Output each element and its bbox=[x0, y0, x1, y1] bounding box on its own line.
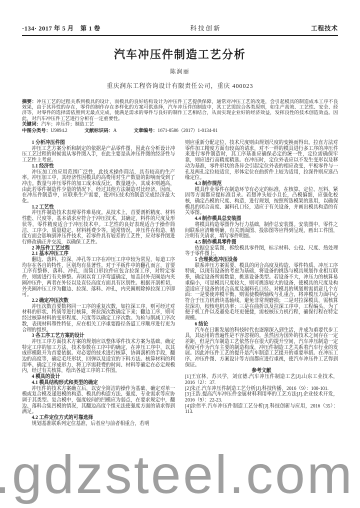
section-name: 工程技术 bbox=[311, 25, 338, 32]
paragraph: 汽车在日渐发展的科技时代也逐渐深入到生活，并成为重要代步工具，其运用的普遍性是不… bbox=[185, 327, 338, 368]
paragraph: 冲压件制造技术表现零件难易度。从技术上，首要剖析精度、材料性能、尺度等，基本请求… bbox=[22, 210, 175, 245]
article-title: 汽车冲压件制造工艺分析 bbox=[22, 46, 338, 62]
paragraph: 将模具构造零图作为行力基础，制作总安装图。安装图中，零件之间联系应清晰明确，有关… bbox=[185, 222, 338, 240]
journal-header: ·134· 2017 年 5 月 第 1 卷 科技创新 工程技术 bbox=[22, 25, 338, 32]
page-info: ·134· 2017 年 5 月 第 1 卷 bbox=[22, 25, 100, 32]
article-number: 文章编号：1671-0586（2017）1-0134-01 bbox=[134, 128, 218, 134]
paragraph: 联系冲压方案需要、模具的闭合高度及构造、零件特质、冲压工序特质，以现有设备的考虑… bbox=[185, 263, 338, 322]
journal-name: 科技创新 bbox=[190, 25, 221, 32]
keywords-text: 汽车；冲压件；制造工艺 bbox=[41, 121, 94, 127]
paragraph: 冲压工艺方案分析和制定的依据是产品零件图，因此在分析设计冲压工艺过程的时候需从零… bbox=[22, 146, 175, 164]
paragraph: 冲压件的技术方案确立后，以安全简洁的操作为基础，确定对单一模或复合模及递进模的构… bbox=[22, 386, 175, 415]
header-rule bbox=[22, 35, 338, 36]
clc-number: 中图分类号：U9894.2 bbox=[22, 128, 67, 134]
author-name: 陈涧丽 bbox=[22, 68, 338, 76]
paragraph: 翻边、落料、拉深、冲孔等工序在冲压工序中较为常见，每道工序均存在各自的特性，区别… bbox=[22, 257, 175, 298]
document-code: 文献标识码：A bbox=[84, 128, 116, 134]
body-columns: 1 分析冲压件图冲压工艺方案分析和制定的依据是产品零件图，因此在分析设计冲压工艺… bbox=[22, 140, 338, 427]
abstract-text: 冲压工艺的过程关系到模具的设计，而模具的良好结构设计为冲压件工艺提供保障，通常对… bbox=[22, 99, 338, 121]
watermark: www.gdzsteel.com bbox=[0, 448, 354, 502]
keywords-label: 关键词： bbox=[22, 121, 41, 127]
paper-sheet: ·134· 2017 年 5 月 第 1 卷 科技创新 工程技术 汽车冲压件制造… bbox=[0, 0, 360, 508]
abstract-block: 摘要：冲压工艺的过程关系到模具的设计，而模具的良好结构设计为冲压件工艺提供保障，… bbox=[22, 99, 338, 127]
paragraph: 则应重新分配定位，技术尺度则由规划尺度的变换而得出。拉直方法对零件加工精度方面有… bbox=[185, 140, 338, 181]
reference-item: [4]涂伟平.汽车冲压件制造工艺分析[J].科技创新与应用，2016（35）：1… bbox=[185, 403, 338, 415]
paragraph: 冲压工序方面技术方案的规划应以整体零件技术方案为基础，确定特定工序的加工方法，技… bbox=[22, 339, 175, 374]
right-column: 则应重新分配定位，技术尺度则由规划尺度的变换而得出。拉直方法对零件加工精度方面有… bbox=[185, 140, 338, 427]
reference-item: [3]王浩.提高汽车冲压件金属材料利用率的工艺方法[J].企业技术开发，2016… bbox=[185, 392, 338, 404]
left-column: 1 分析冲压件图冲压工艺方案分析和制定的依据是产品零件图，因此在分析设计冲压工艺… bbox=[22, 140, 175, 427]
paragraph: 依据总安装图，拆绘模具零件图，标示材料、公役、尺度、热处理等于零件图上。 bbox=[185, 245, 338, 257]
affiliation: 重庆润东工程咨询设计有限责任公司，重庆 400023 bbox=[22, 82, 338, 91]
page: ·134· 2017 年 5 月 第 1 卷 科技创新 工程技术 汽车冲压件制造… bbox=[0, 0, 360, 508]
reference-item: [1]王宜林，苏兴学，刘宜德.汽车冲压件制造工艺[J].山东工业技术，2016（… bbox=[185, 374, 338, 386]
paragraph: 模具作业零件在制造环节有必定的标准，在核算、定位、压料、紧固等方面都应提标准目录… bbox=[185, 187, 338, 216]
meta-line: 中图分类号：U9894.2 文献标识码：A 文章编号：1671-0586（201… bbox=[22, 128, 338, 134]
paragraph: 冲压加工的应用范围广泛性，此技术操作简洁，具有较高的生产率。冲压加工中，其经济性… bbox=[22, 169, 175, 204]
paragraph: 规划基准联系列定位基准，后者应与前者相重合，若明 bbox=[22, 421, 175, 427]
paragraph: 冲压次数首要数将同一工序的重复次数，如拉深工序，则可经过对材料的形状、特质等进行… bbox=[22, 304, 175, 333]
